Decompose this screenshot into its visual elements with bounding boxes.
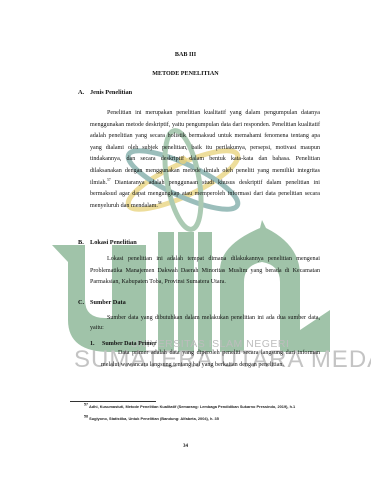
page-number: 34 <box>0 444 371 449</box>
section-a-title: Jenis Penelitian <box>90 89 132 96</box>
footnote-57-text: Adhi, Kusumastuti, Metode Penelitian Kua… <box>89 404 295 409</box>
subsection-1-paragraph: Data primer adalah data yang diperoleh p… <box>101 348 320 371</box>
footnote-58: 58 Sugiyono, Statistika, Untuk Penelitia… <box>70 416 320 422</box>
section-c-heading: C.Sumber Data <box>78 297 126 309</box>
footnote-58-text: Sugiyono, Statistika, Untuk Penelitian (… <box>89 416 219 421</box>
footnote-57-number: 57 <box>84 403 88 407</box>
document-page: UNIVERSITAS ISLAM NEGERI SUMATERA UTARA … <box>0 0 371 480</box>
section-b-heading: B.Lokasi Penelitian <box>78 237 137 249</box>
section-a-label: A. <box>78 87 90 99</box>
footnote-57: 57 Adhi, Kusumastuti, Metode Penelitian … <box>70 404 320 410</box>
section-b-paragraph: Lokasi penelitian ini adalah tempat dima… <box>90 254 320 289</box>
section-a-text-cont: Diantaranya adalah penggunaan studi khus… <box>90 180 320 209</box>
footnote-58-number: 58 <box>84 415 88 419</box>
chapter-number: BAB III <box>0 50 371 62</box>
section-b-label: B. <box>78 237 90 249</box>
section-c-label: C. <box>78 297 90 309</box>
footnote-ref-58[interactable]: 58 <box>158 201 162 205</box>
subsection-1-title: Sumber Data Primer <box>102 341 157 347</box>
section-a-text: Penelitian ini merupakan penelitian kual… <box>90 110 320 186</box>
section-a-heading: A.Jenis Penelitian <box>78 87 132 99</box>
section-b-title: Lokasi Penelitian <box>90 239 137 246</box>
section-c-title: Sumber Data <box>90 299 126 306</box>
chapter-title: METODE PENELITIAN <box>0 69 371 81</box>
section-c-paragraph: Sumber data yang dibutuhkan dalam melaku… <box>90 313 320 333</box>
footnote-divider <box>70 401 156 402</box>
section-a-paragraph: Penelitian ini merupakan penelitian kual… <box>90 108 320 212</box>
